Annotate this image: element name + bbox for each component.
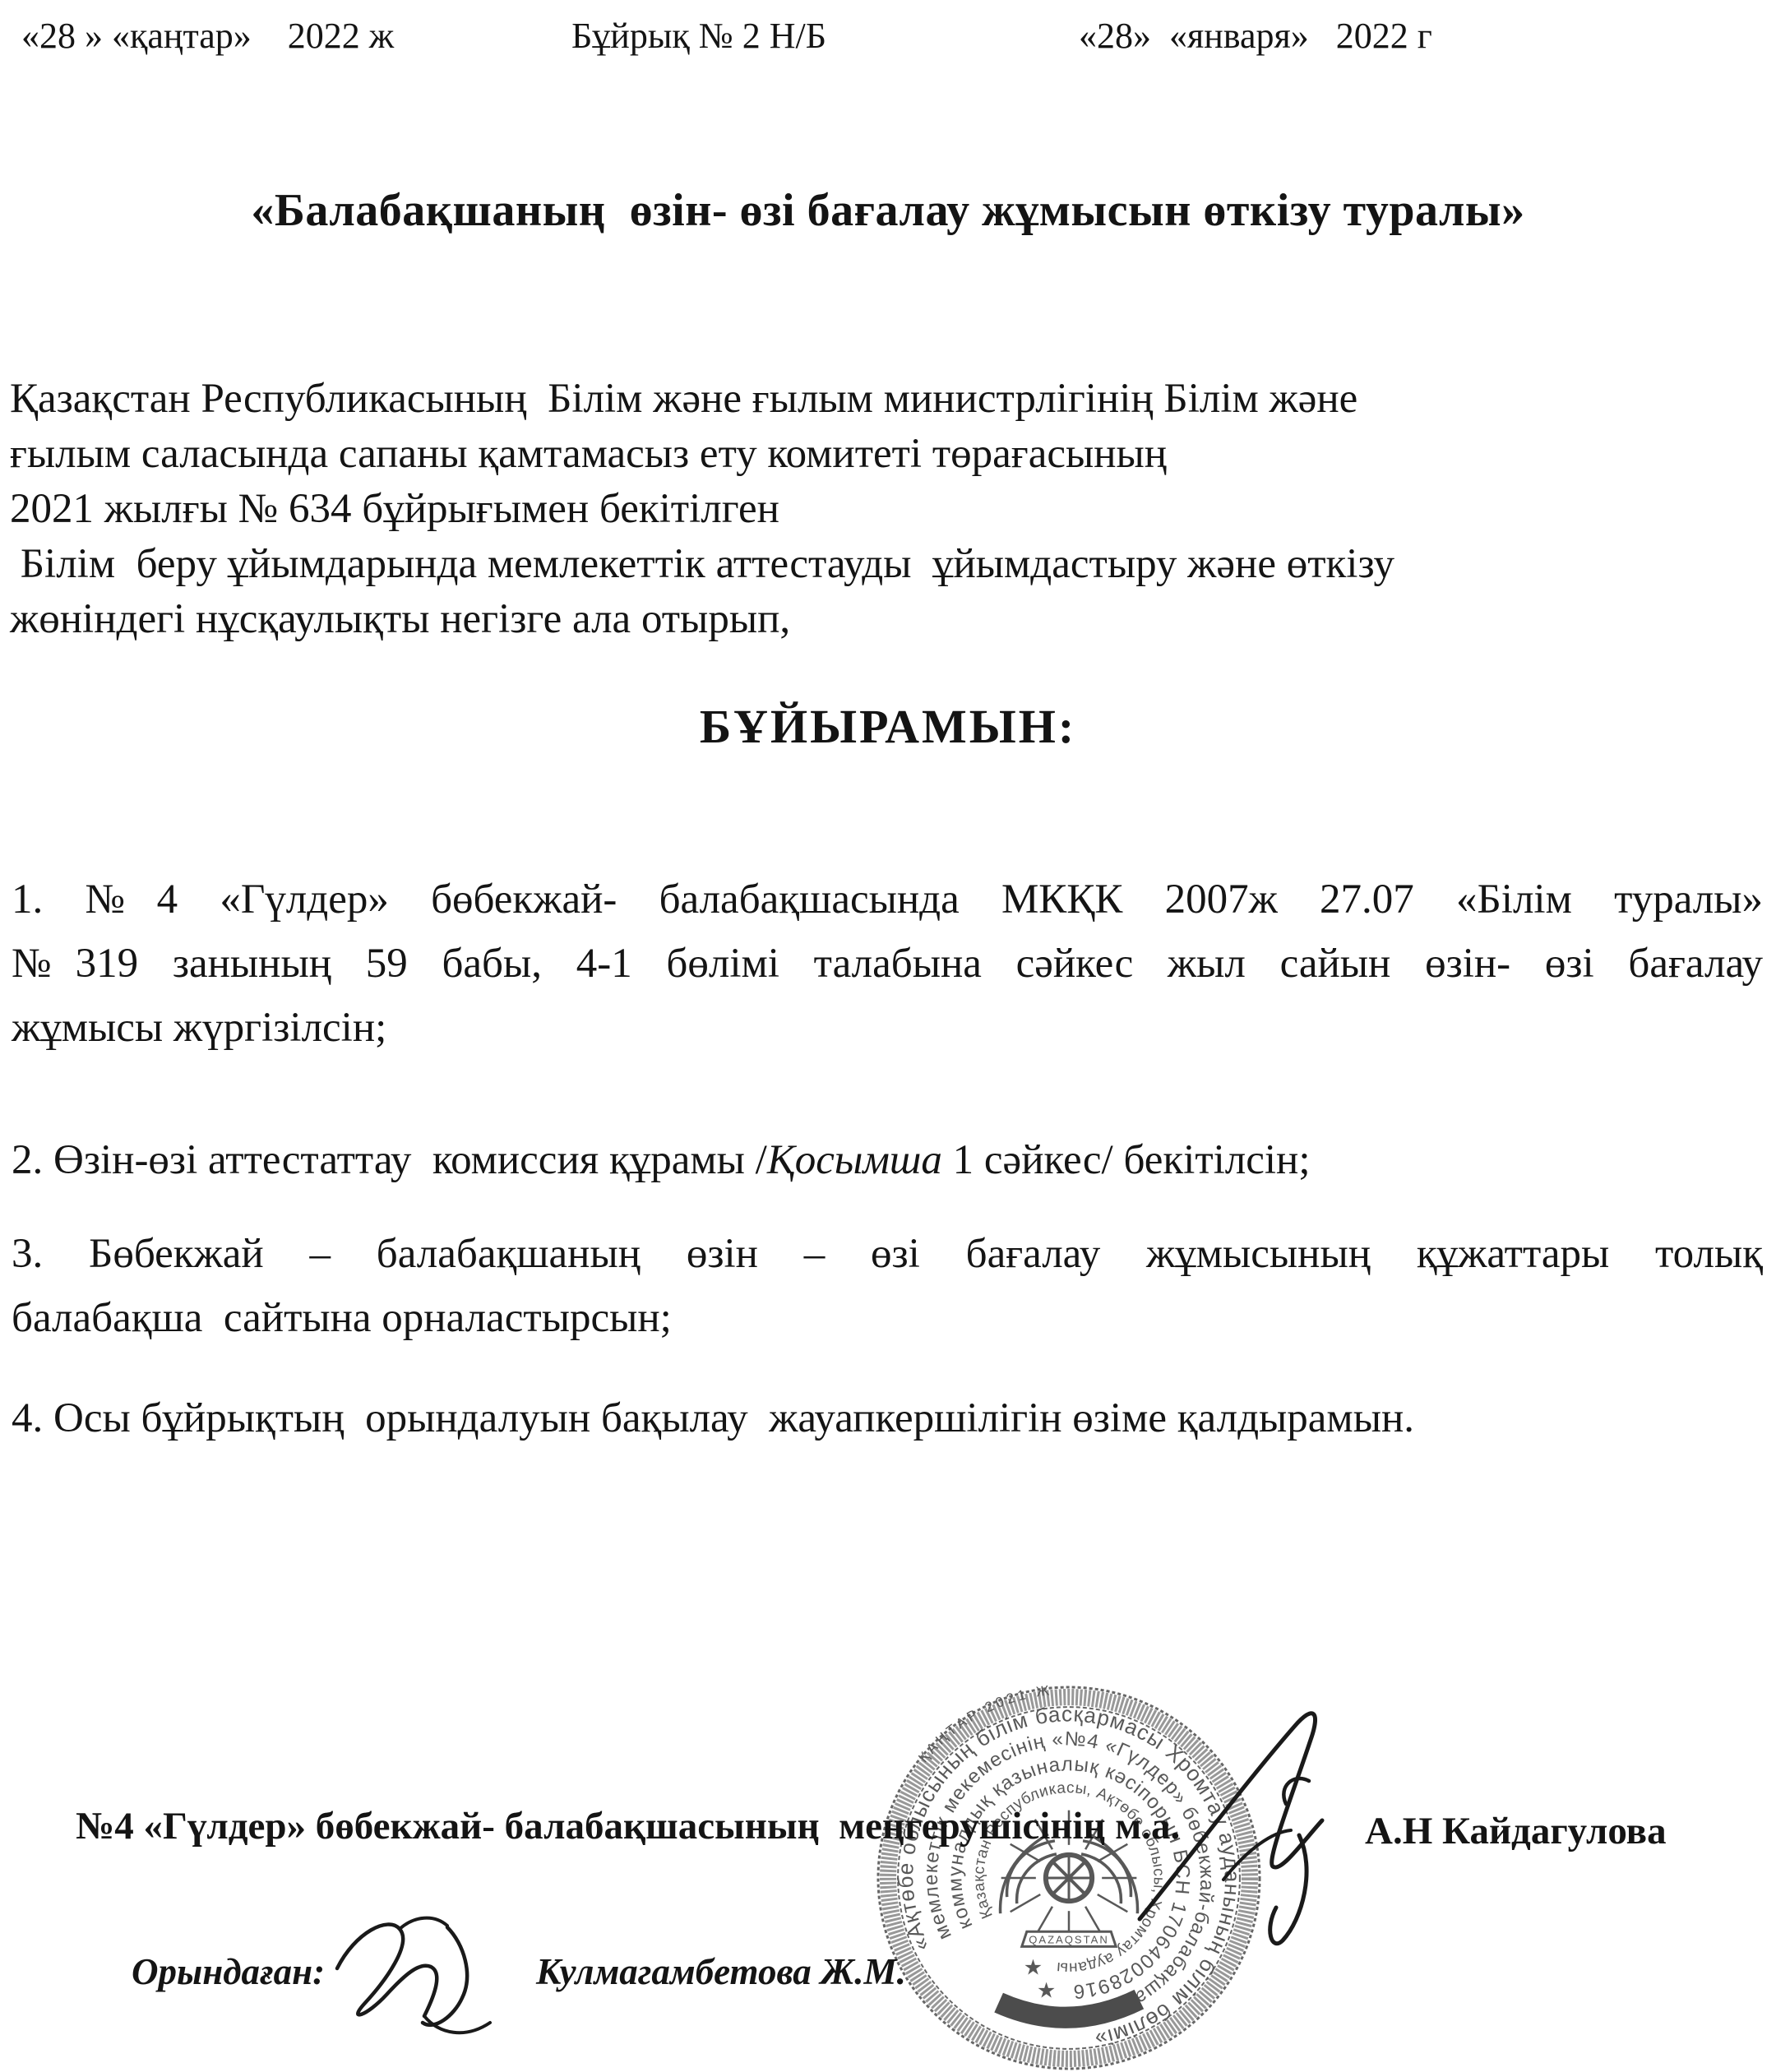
executor-signature: [322, 1909, 544, 2053]
manager-signature: [1125, 1704, 1371, 1950]
order-item-3: 3. Бөбекжай – балабақшаның өзін – өзі ба…: [12, 1222, 1763, 1350]
preamble-line: жөніндегі нұсқаулықты негізге ала отырып…: [10, 592, 1743, 647]
date-russian: «28» «января» 2022 г: [1079, 15, 1432, 57]
stamp-emblem-banner: QAZAQSTAN: [1022, 1931, 1116, 1946]
order-item-1-line: №319 занының 59 бабы, 4-1 бөлімі талабын…: [12, 932, 1763, 996]
stamp-emblem-ribbon: [999, 2000, 1140, 2018]
preamble-line: ғылым саласында сапаны қамтамасыз ету ко…: [10, 427, 1743, 482]
executor-name: Кулмагамбетова Ж.М.: [536, 1950, 906, 1993]
order-item-1-line: жұмысы жүргізілсін;: [12, 996, 1763, 1060]
stamp-center-label: QAZAQSTAN: [1029, 1933, 1109, 1945]
stamp-star: ★: [1037, 1978, 1056, 2003]
document-title: «Балабақшаның өзін- өзі бағалау жұмысын …: [0, 184, 1776, 237]
order-item-1: 1. №4 «Гүлдер» бөбекжай- балабақшасында …: [12, 867, 1763, 1060]
order-item-2-text: 2. Өзін-өзі аттестаттау комиссия құрамы …: [12, 1137, 767, 1183]
document-page: «28 » «қаңтар» 2022 ж Бұйрық № 2 Н/Б «28…: [0, 0, 1776, 2072]
preamble-line: 2021 жылғы № 634 бұйрығымен бекітілген: [10, 482, 1743, 537]
stamp-star: ★: [1024, 1954, 1043, 1979]
manager-position-text: №4 «Гүлдер» бөбекжай- балабақшасының мең…: [76, 1804, 1180, 1848]
preamble: Қазақстан Республикасының Білім және ғыл…: [10, 372, 1743, 647]
executor-label: Орындаған:: [132, 1950, 325, 1993]
order-item-2: 2. Өзін-өзі аттестаттау комиссия құрамы …: [12, 1128, 1763, 1192]
manager-name: А.Н Кайдагулова: [1365, 1809, 1667, 1853]
order-item-2-text: 1 сәйкес/ бекітілсін;: [942, 1137, 1311, 1183]
date-kazakh: «28 » «қаңтар» 2022 ж: [21, 15, 394, 57]
order-number: Бұйрық № 2 Н/Б: [571, 15, 826, 57]
order-item-2-italic: Қосымша: [767, 1137, 942, 1183]
order-item-4: 4. Осы бұйрықтың орындалуын бақылау жауа…: [12, 1386, 1763, 1450]
order-item-1-line: 1. №4 «Гүлдер» бөбекжай- балабақшасында …: [12, 867, 1763, 932]
stamp-emblem-shanyrak: [1046, 1855, 1092, 1901]
preamble-line: Білім беру ұйымдарында мемлекеттік аттес…: [10, 537, 1743, 592]
command-word: БҰЙЫРАМЫН:: [0, 699, 1776, 754]
preamble-line: Қазақстан Республикасының Білім және ғыл…: [10, 372, 1743, 427]
order-item-3-line: балабақша сайтына орналастырсын;: [12, 1286, 1763, 1350]
order-item-3-line: 3. Бөбекжай – балабақшаның өзін – өзі ба…: [12, 1222, 1763, 1286]
